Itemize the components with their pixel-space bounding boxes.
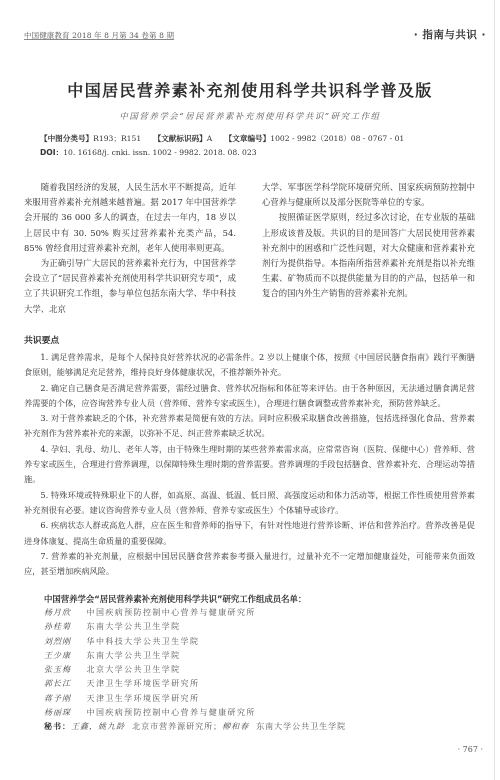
journal-info: 中国健康教育 2018 年 8 月第 34 卷第 8 期 bbox=[24, 30, 174, 41]
doc-code-value: A bbox=[207, 134, 212, 143]
member-name: 杨丽琛 bbox=[44, 706, 84, 720]
member-row: 王少康 东南大学公共卫生学院 bbox=[44, 649, 346, 663]
member-row: 郭长江 天津卫生学环境医学研究所 bbox=[44, 677, 346, 691]
page-number: · 767 · bbox=[458, 745, 483, 754]
member-row: 刘烈刚 华中科技大学公共卫生学院 bbox=[44, 635, 346, 649]
member-org: 东南大学公共卫生学院 bbox=[87, 651, 181, 660]
member-row: 杨月欣 中国疾病预防控制中心营养与健康研究所 bbox=[44, 606, 346, 620]
key-point: 1. 满足营养需求，是每个人保持良好营养状况的必需条件。2 岁以上健康个体，按照… bbox=[24, 350, 475, 381]
member-name: 蒋予刚 bbox=[44, 692, 84, 706]
section-tag: · 指南与共识 · bbox=[414, 27, 486, 42]
doi-value: 10. 16168/j. cnki. issn. 1002 - 9982. 20… bbox=[63, 148, 256, 157]
member-name: 郭长江 bbox=[44, 677, 84, 691]
key-point: 3. 对于营养素缺乏的个体，补充营养素是简便有效的方法。同时应积极采取膳食改善措… bbox=[24, 411, 475, 442]
key-point: 2. 确定自己膳食是否满足营养需要，需经过膳食、营养状况指标和体征等来评估。由于… bbox=[24, 381, 475, 412]
running-header: 中国健康教育 2018 年 8 月第 34 卷第 8 期 · 指南与共识 · bbox=[24, 30, 486, 44]
doi-line: DOI：10. 16168/j. cnki. issn. 1002 - 9982… bbox=[40, 146, 404, 160]
article-no-label: 【文章编号】 bbox=[225, 134, 271, 143]
intro-paragraph: 为正确引导广大居民的营养素补充行为，中国营养学会设立了“居民营养素补充剂使用科学… bbox=[24, 256, 236, 317]
clc-value: R193；R151 bbox=[93, 134, 141, 143]
secretary-row: 秘书：王鑫，姚九龄 北京市营养源研究所；柳和春 东南大学公共卫生学院 bbox=[44, 720, 346, 734]
clc-label: 【中图分类号】 bbox=[40, 134, 93, 143]
key-point: 5. 特殊环境或特殊职业下的人群，如高原、高温、低温、低日照、高强度运动和体力活… bbox=[24, 488, 475, 519]
key-points-list: 1. 满足营养需求，是每个人保持良好营养状况的必需条件。2 岁以上健康个体，按照… bbox=[24, 350, 475, 579]
member-name: 杨月欣 bbox=[44, 606, 84, 620]
members-list: 杨月欣 中国疾病预防控制中心营养与健康研究所 孙桂菊 东南大学公共卫生学院 刘烈… bbox=[44, 606, 346, 735]
secretary-names: 柳和春 bbox=[222, 722, 249, 731]
intro-paragraph: 按照循证医学原则，经过多次讨论，在专业版的基础上形成该普及版。共识的目的是回答广… bbox=[262, 210, 475, 301]
key-points-heading: 共识要点 bbox=[24, 333, 59, 346]
key-point: 6. 疾病状态人群或高危人群，应在医生和营养师的指导下，有针对性地进行营养诊断、… bbox=[24, 518, 475, 549]
secretary-org: 东南大学公共卫生学院 bbox=[256, 722, 346, 731]
intro-left-column: 随着我国经济的发展，人民生活水平不断提高，近年来服用营养素补充剂越来越普遍。据 … bbox=[24, 180, 236, 317]
member-org: 天津卫生学环境医学研究所 bbox=[87, 679, 200, 688]
secretary-org: 北京市营养源研究所； bbox=[132, 722, 222, 731]
article-no-value: 1002 - 9982（2018）08 - 0767 - 01 bbox=[270, 134, 404, 143]
member-org: 华中科技大学公共卫生学院 bbox=[87, 637, 200, 646]
member-org: 北京大学公共卫生学院 bbox=[87, 665, 181, 674]
member-org: 中国疾病预防控制中心营养与健康研究所 bbox=[87, 608, 256, 617]
member-org: 东南大学公共卫生学院 bbox=[87, 622, 181, 631]
intro-paragraph: 随着我国经济的发展，人民生活水平不断提高，近年来服用营养素补充剂越来越普遍。据 … bbox=[24, 180, 236, 256]
member-name: 孙桂菊 bbox=[44, 620, 84, 634]
member-org: 天津卫生学环境医学研究所 bbox=[87, 694, 200, 703]
article-meta: 【中图分类号】R193；R151 【文献标识码】A 【文章编号】1002 - 9… bbox=[40, 132, 404, 160]
classification-line: 【中图分类号】R193；R151 【文献标识码】A 【文章编号】1002 - 9… bbox=[40, 132, 404, 146]
key-point: 7. 营养素的补充剂量，应根据中国居民膳食营养素参考摄入量进行，过量补充不一定增… bbox=[24, 549, 475, 580]
member-org: 中国疾病预防控制中心营养与健康研究所 bbox=[87, 708, 256, 717]
intro-right-column: 大学、军事医学科学院环境研究所、国家疾病预防控制中心营养与健康所以及部分医院等单… bbox=[262, 180, 475, 302]
article-title: 中国居民营养素补充剂使用科学共识科学普及版 bbox=[0, 78, 500, 101]
intro-paragraph: 大学、军事医学科学院环境研究所、国家疾病预防控制中心营养与健康所以及部分医院等单… bbox=[262, 180, 475, 210]
doc-code-label: 【文献标识码】 bbox=[154, 134, 207, 143]
members-heading: 中国营养学会“居民营养素补充剂使用科学共识”研究工作组成员名单： bbox=[44, 593, 306, 605]
article-authors: 中国营养学会“居民营养素补充剂使用科学共识”研究工作组 bbox=[0, 110, 500, 122]
member-row: 蒋予刚 天津卫生学环境医学研究所 bbox=[44, 692, 346, 706]
member-name: 刘烈刚 bbox=[44, 635, 84, 649]
secretary-label: 秘书： bbox=[44, 722, 71, 731]
member-row: 杨丽琛 中国疾病预防控制中心营养与健康研究所 bbox=[44, 706, 346, 720]
key-point: 4. 孕妇、乳母、幼儿、老年人等，由于特殊生理时期的某些营养素需求高，应常常咨询… bbox=[24, 442, 475, 488]
member-name: 张玉梅 bbox=[44, 663, 84, 677]
secretary-names: 王鑫，姚九龄 bbox=[71, 722, 125, 731]
member-row: 孙桂菊 东南大学公共卫生学院 bbox=[44, 620, 346, 634]
member-row: 张玉梅 北京大学公共卫生学院 bbox=[44, 663, 346, 677]
doi-label: DOI： bbox=[40, 148, 63, 157]
member-name: 王少康 bbox=[44, 649, 84, 663]
